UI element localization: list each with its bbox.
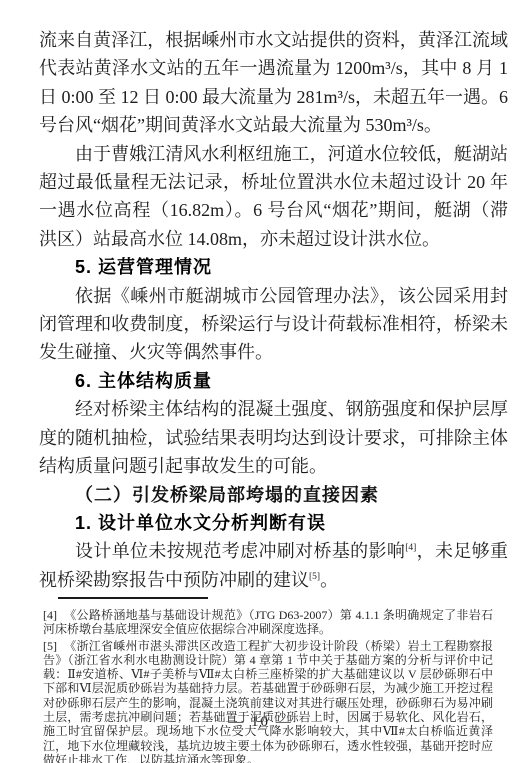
footnote-ref-4: [4] (405, 543, 416, 553)
document-body: 流来自黄泽江，根据嵊州市水文站提供的资料，黄泽江流域代表站黄泽水文站的五年一遇流… (39, 26, 508, 594)
section-heading-design-error: 1. 设计单位水文分析判断有误 (39, 509, 508, 537)
footnotes-block: [4]《公路桥涵地基与基础设计规范》（JTG D63-2007）第 4.1.1 … (43, 597, 493, 763)
subsection-heading-direct-factors: （二）引发桥梁局部垮塌的直接因素 (39, 481, 508, 509)
footnote-text: 《公路桥涵地基与基础设计规范》（JTG D63-2007）第 4.1.1 条明确… (43, 608, 493, 636)
document-page: 流来自黄泽江，根据嵊州市水文站提供的资料，黄泽江流域代表站黄泽水文站的五年一遇流… (0, 0, 521, 763)
body-paragraph-structure-quality: 经对桥梁主体结构的混凝土强度、钢筋强度和保护层厚度的随机抽检，试验结果表明均达到… (39, 395, 508, 480)
footnote-ref-5: [5] (309, 572, 320, 582)
paragraph-text: 。 (320, 570, 338, 590)
section-heading-operation-management: 5. 运营管理情况 (39, 253, 508, 281)
footnote-separator-line (58, 597, 208, 599)
body-paragraph-hydrology-continuation: 流来自黄泽江，根据嵊州市水文站提供的资料，黄泽江流域代表站黄泽水文站的五年一遇流… (39, 26, 508, 140)
body-paragraph-design-error: 设计单位未按规范考虑冲刷对桥基的影响[4]，未足够重视桥梁勘察报告中预防冲刷的建… (39, 537, 508, 594)
footnote-4: [4]《公路桥涵地基与基础设计规范》（JTG D63-2007）第 4.1.1 … (43, 608, 493, 637)
body-paragraph-operation: 依据《嵊州市艇湖城市公园管理办法》，该公园采用封闭管理和收费制度，桥梁运行与设计… (39, 282, 508, 367)
footnote-text: 《浙江省嵊州市湛头滞洪区改造工程扩大初步设计阶段（桥梁）岩土工程勘察报告》（浙江… (43, 639, 493, 763)
body-paragraph-water-level: 由于曹娥江清风水利枢纽施工，河道水位较低，艇湖站超过最低量程无法记录，桥址位置洪… (39, 140, 508, 254)
paragraph-text: 设计单位未按规范考虑冲刷对桥基的影响 (75, 541, 405, 561)
section-heading-main-structure-quality: 6. 主体结构质量 (39, 367, 508, 395)
page-number: — 10 — (0, 714, 521, 731)
footnote-marker: [5] (43, 639, 57, 653)
footnote-marker: [4] (43, 608, 57, 622)
footnote-5: [5]《浙江省嵊州市湛头滞洪区改造工程扩大初步设计阶段（桥梁）岩土工程勘察报告》… (43, 639, 493, 763)
